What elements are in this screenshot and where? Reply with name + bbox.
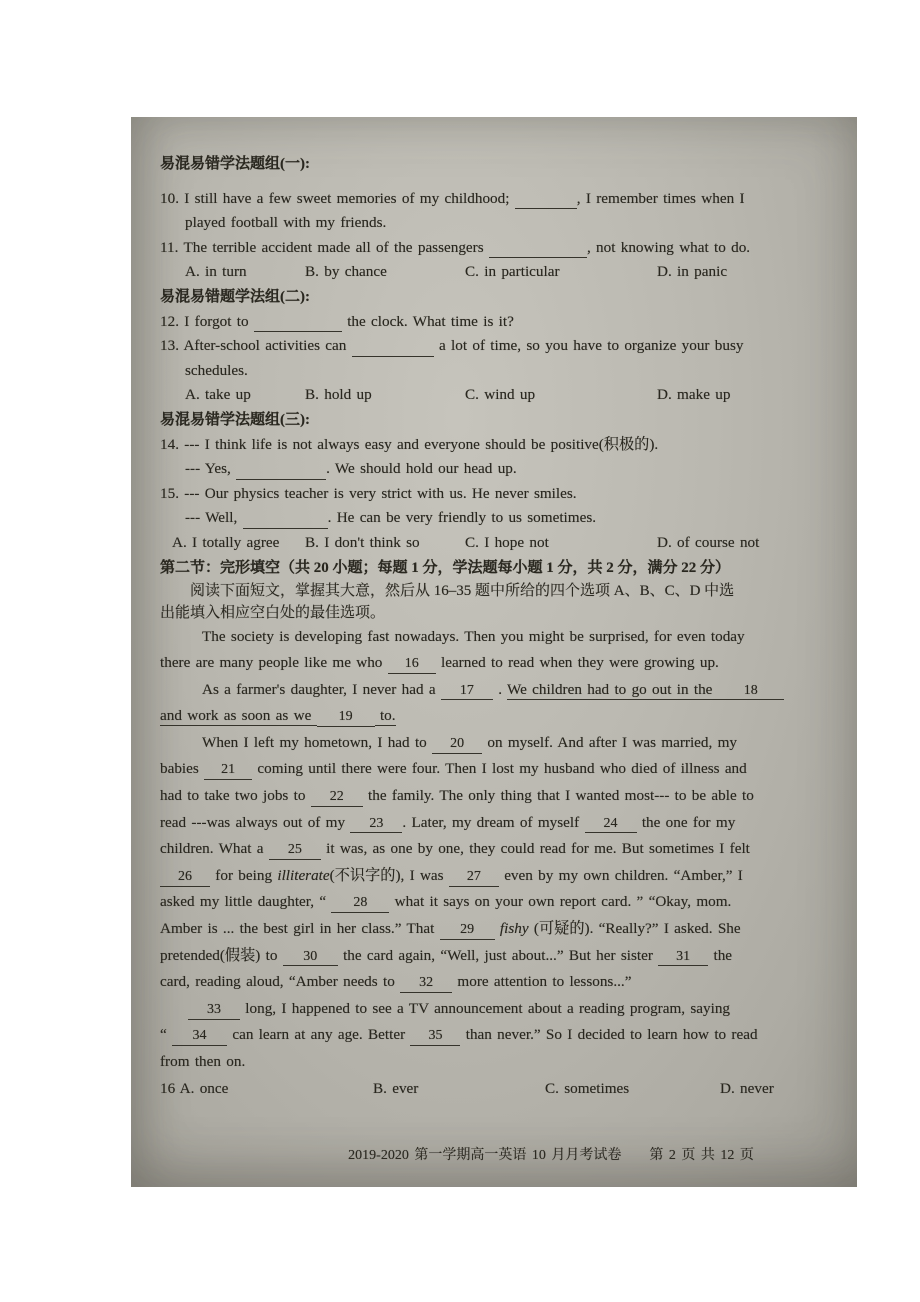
option-cell: D. in panic [657, 260, 727, 285]
option-cell: D. of course not [657, 531, 759, 556]
text-run: for being [210, 867, 277, 884]
text-run: 易混易错学法题组(一): [160, 156, 310, 172]
q13-line2: schedules. [160, 359, 832, 384]
passage-line-11: asked my little daughter, “ 28 what it s… [160, 889, 832, 916]
blank-25: 25 [269, 843, 321, 860]
text-run: 易混易错学法题组(三): [160, 412, 310, 428]
q11-options: A. in turnB. by chanceC. in particularD.… [160, 260, 832, 285]
q14-line1: 14. --- I think life is not always easy … [160, 433, 832, 458]
passage-line-9: children. What a 25 it was, as one by on… [160, 836, 832, 863]
text-run: on myself. And after I was married, my [482, 734, 737, 751]
blank-21: 21 [204, 763, 252, 780]
passage-line-3: As a farmer's daughter, I never had a 17… [160, 677, 832, 704]
option-cell: A. I totally agree [172, 531, 305, 556]
text-run: . He can be very friendly to us sometime… [328, 509, 596, 526]
passage-line-14: card, reading aloud, “Amber needs to 32 … [160, 969, 832, 996]
answer-blank [352, 340, 434, 357]
option-cell: B. ever [373, 1076, 545, 1103]
text-run: coming until there were four. Then I los… [252, 760, 747, 777]
underlined-text: We children had to go out in the [507, 681, 718, 700]
text-run: read ---was always out of my [160, 814, 350, 831]
option-cell: C. sometimes [545, 1076, 720, 1103]
q11-line: 11. The terrible accident made all of th… [160, 236, 832, 261]
blank-17: 17 [441, 684, 493, 701]
blank-35: 35 [410, 1029, 460, 1046]
option-cell: A. take up [185, 383, 305, 408]
document-lines: 易混易错学法题组(一):10. I still have a few sweet… [160, 152, 832, 1102]
text-run: there are many people like me who [160, 654, 388, 671]
passage-line-4: and work as soon as we 19 to. [160, 703, 832, 730]
blank-23: 23 [350, 817, 402, 834]
text-run: a lot of time, so you have to organize y… [434, 337, 744, 354]
text-run: the one for my [637, 814, 736, 831]
answer-blank [254, 316, 342, 333]
text-run: 第二节：完形填空（共 20 小题；每题 1 分，学法题每小题 1 分，共 2 分… [160, 560, 730, 576]
passage-line-12: Amber is ... the best girl in her class.… [160, 916, 832, 943]
passage-line-7: had to take two jobs to 22 the family. T… [160, 783, 832, 810]
text-run: 11. The terrible accident made all of th… [160, 239, 489, 256]
text-run: As a farmer's daughter, I never had a [202, 681, 441, 698]
text-run: 12. I forgot to [160, 313, 254, 330]
text-run: long, I happened to see a TV announcemen… [240, 1000, 730, 1017]
text-run: what it says on your own report card. ” … [389, 893, 731, 910]
blank-20: 20 [432, 737, 482, 754]
blank-18: 18 [718, 684, 784, 701]
passage-line-2: there are many people like me who 16 lea… [160, 650, 832, 677]
text-run: even by my own children. “Amber,” I [499, 867, 743, 884]
blank-19: 19 [317, 710, 375, 727]
passage-line-17: from then on. [160, 1049, 832, 1076]
underlined-text: and work as soon as we [160, 707, 317, 726]
text-run: the card again, “Well, just about...” Bu… [338, 947, 658, 964]
text-run: 13. After-school activities can [160, 337, 352, 354]
section-header-3: 易混易错学法题组(三): [160, 408, 832, 433]
text-run: --- Well, [185, 509, 243, 526]
option-cell: D. never [720, 1076, 774, 1103]
blank-27: 27 [449, 870, 499, 887]
blank-31: 31 [658, 950, 708, 967]
passage-line-16: “ 34 can learn at any age. Better 35 tha… [160, 1022, 832, 1049]
section-header-1: 易混易错学法题组(一): [160, 152, 832, 177]
blank-32: 32 [400, 976, 452, 993]
text-run: schedules. [185, 362, 248, 379]
blank-29: 29 [440, 923, 495, 940]
text-run: pretended(假装) to [160, 947, 283, 964]
text-run: --- Yes, [185, 460, 236, 477]
answer-blank [243, 512, 328, 529]
option-cell: B. by chance [305, 260, 465, 285]
text-run: than never.” So I decided to learn how t… [460, 1026, 757, 1043]
text-run: Amber is ... the best girl in her class.… [160, 920, 440, 937]
passage-line-5: When I left my hometown, I had to 20 on … [160, 730, 832, 757]
text-run: 易混易错题学法组(二): [160, 289, 310, 305]
italic-text: fishy [500, 920, 529, 937]
q15-line2: --- Well, . He can be very friendly to u… [160, 506, 832, 531]
text-run: the family. The only thing that I wanted… [363, 787, 754, 804]
text-run: had to take two jobs to [160, 787, 311, 804]
blank-16: 16 [388, 657, 436, 674]
text-run: “ [160, 1026, 172, 1043]
passage-line-15: 33 long, I happened to see a TV announce… [160, 996, 832, 1023]
option-cell: D. make up [657, 383, 730, 408]
option-cell: C. wind up [465, 383, 657, 408]
page-content: 易混易错学法题组(一):10. I still have a few sweet… [160, 152, 832, 1164]
text-run: the clock. What time is it? [342, 313, 514, 330]
q12-line: 12. I forgot to the clock. What time is … [160, 310, 832, 335]
passage-line-13: pretended(假装) to 30 the card again, “Wel… [160, 943, 832, 970]
text-run: the [708, 947, 732, 964]
blank-26: 26 [160, 870, 210, 887]
option-cell: B. hold up [305, 383, 465, 408]
exam-page-scan: 易混易错学法题组(一):10. I still have a few sweet… [131, 117, 857, 1187]
q14-15-options: A. I totally agreeB. I don't think soC. … [160, 531, 832, 556]
underlined-text: to. [375, 707, 396, 726]
text-run: 阅读下面短文，掌握其大意，然后从 16–35 题中所给的四个选项 A、B、C、D… [190, 583, 734, 599]
answer-blank [515, 193, 577, 210]
text-run: (不识字的), I was [330, 867, 449, 884]
text-run: 10. I still have a few sweet memories of… [160, 190, 515, 207]
q14-line2: --- Yes, . We should hold our head up. [160, 457, 832, 482]
text-run: (可疑的). “Really?” I asked. She [529, 920, 741, 937]
blank-24: 24 [585, 817, 637, 834]
page-footer: 2019-2020 第一学期高一英语 10 月月考试卷 第 2 页 共 12 页 [215, 1144, 887, 1164]
option-cell: 16 A. once [160, 1076, 373, 1103]
text-run: played football with my friends. [185, 214, 386, 231]
text-run: asked my little daughter, “ [160, 893, 331, 910]
q13-options: A. take upB. hold upC. wind upD. make up [160, 383, 832, 408]
italic-text: illiterate [277, 867, 329, 884]
passage-line-10: 26 for being illiterate(不识字的), I was 27 … [160, 863, 832, 890]
text-run: more attention to lessons...” [452, 973, 631, 990]
answer-blank [236, 463, 326, 480]
text-run: children. What a [160, 840, 269, 857]
text-run: 14. --- I think life is not always easy … [160, 436, 658, 453]
blank-34: 34 [172, 1029, 227, 1046]
text-run: The society is developing fast nowadays.… [202, 628, 745, 645]
q16-options: 16 A. onceB. everC. sometimesD. never [160, 1076, 832, 1103]
blank-30: 30 [283, 950, 338, 967]
passage-line-1: The society is developing fast nowadays.… [160, 624, 832, 651]
q15-line1: 15. --- Our physics teacher is very stri… [160, 482, 832, 507]
section-header-2: 易混易错题学法组(二): [160, 285, 832, 310]
text-run: , not knowing what to do. [587, 239, 750, 256]
option-cell: B. I don't think so [305, 531, 465, 556]
q10-line2: played football with my friends. [160, 211, 832, 236]
text-run: can learn at any age. Better [227, 1026, 410, 1043]
passage-line-6: babies 21 coming until there were four. … [160, 756, 832, 783]
text-run: , I remember times when I [577, 190, 745, 207]
text-run: card, reading aloud, “Amber needs to [160, 973, 400, 990]
option-cell: C. I hope not [465, 531, 657, 556]
cloze-instructions-1: 阅读下面短文，掌握其大意，然后从 16–35 题中所给的四个选项 A、B、C、D… [160, 581, 832, 602]
cloze-section-title: 第二节：完形填空（共 20 小题；每题 1 分，学法题每小题 1 分，共 2 分… [160, 556, 832, 581]
option-cell: C. in particular [465, 260, 657, 285]
text-run: 出能填入相应空白处的最佳选项。 [160, 605, 385, 621]
text-run: learned to read when they were growing u… [436, 654, 719, 671]
text-run: . [493, 681, 507, 698]
blank-22: 22 [311, 790, 363, 807]
text-run: from then on. [160, 1053, 245, 1070]
blank-33: 33 [188, 1003, 240, 1020]
text-run: babies [160, 760, 204, 777]
text-run: 15. --- Our physics teacher is very stri… [160, 485, 577, 502]
blank-28: 28 [331, 896, 389, 913]
text-run: When I left my hometown, I had to [202, 734, 432, 751]
option-cell: A. in turn [185, 260, 305, 285]
q13-line1: 13. After-school activities can a lot of… [160, 334, 832, 359]
passage-line-8: read ---was always out of my 23. Later, … [160, 810, 832, 837]
text-run: it was, as one by one, they could read f… [321, 840, 750, 857]
q10-line1: 10. I still have a few sweet memories of… [160, 187, 832, 212]
text-run: . Later, my dream of myself [402, 814, 584, 831]
cloze-instructions-2: 出能填入相应空白处的最佳选项。 [160, 602, 832, 624]
screenshot-root: { "page": { "paper_color": "#bab8b0", "t… [0, 0, 920, 1302]
answer-blank [489, 242, 587, 259]
text-run: . We should hold our head up. [326, 460, 517, 477]
